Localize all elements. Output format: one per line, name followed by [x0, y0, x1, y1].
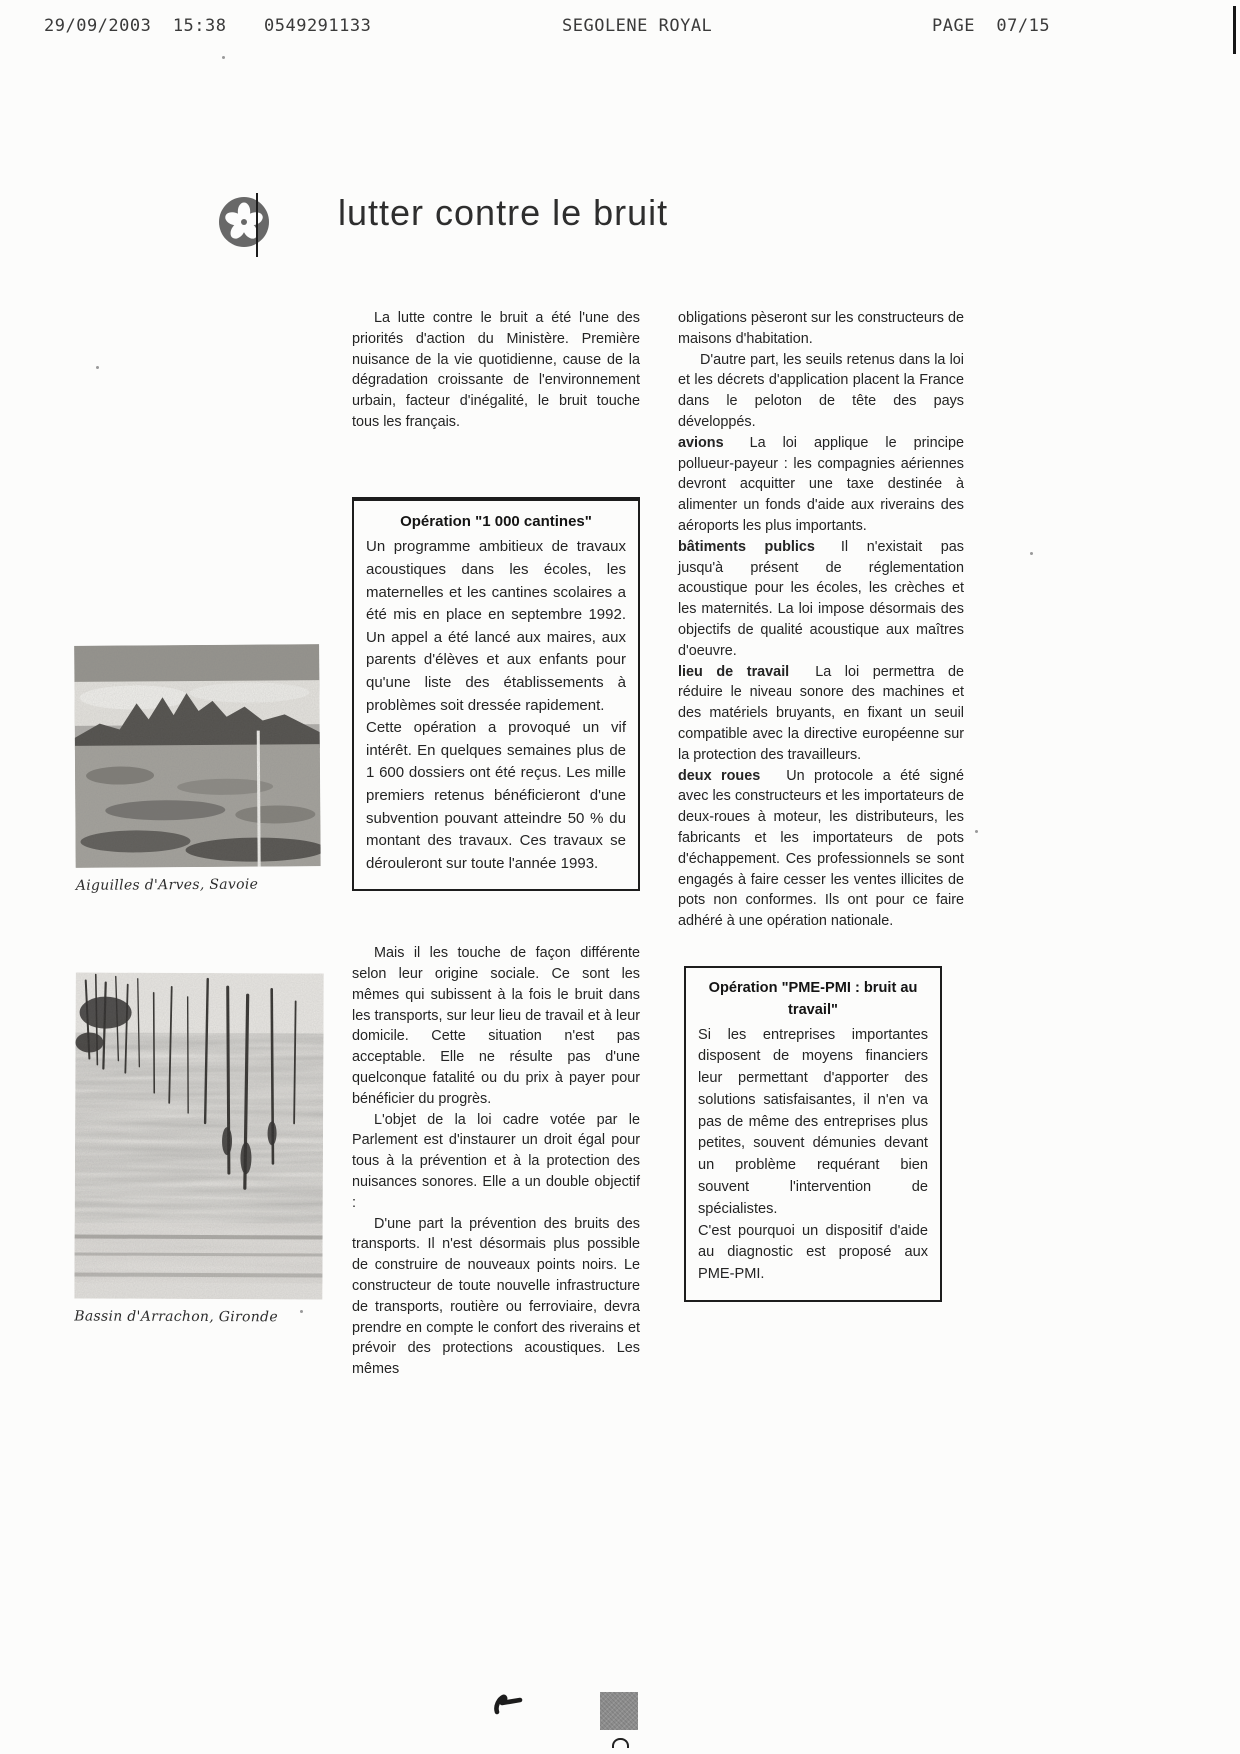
fax-page-counter: PAGE 07/15	[932, 16, 1050, 36]
fax-datetime: 29/09/2003 15:38	[44, 16, 227, 36]
section-text: Un protocole a été signé avec les constr…	[678, 768, 964, 930]
section-heading: lieu de travail	[678, 664, 815, 680]
scan-speckle	[300, 1310, 303, 1313]
flower-logo-icon	[218, 196, 270, 248]
scan-speckle	[1030, 552, 1033, 555]
page-title: lutter contre le bruit	[338, 192, 668, 234]
water-photo-image	[74, 972, 323, 1299]
scan-speckle	[975, 830, 978, 833]
fax-sender: SEGOLENE ROYAL	[562, 16, 712, 36]
body-paragraph: D'autre part, les seuils retenus dans la…	[678, 350, 964, 433]
pme-paragraph: C'est pourquoi un dispositif d'aide au d…	[698, 1221, 928, 1286]
section-avions: avionsLa loi applique le principe pollue…	[678, 433, 964, 537]
body-paragraph: D'une part la prévention des bruits des …	[352, 1214, 640, 1380]
pme-paragraph: Si les entreprises importantes disposent…	[698, 1025, 928, 1221]
scan-square-mark	[600, 1692, 638, 1730]
body-paragraph: L'objet de la loi cadre votée par le Par…	[352, 1110, 640, 1214]
scan-speckle	[222, 56, 225, 59]
scan-arc-mark	[612, 1738, 629, 1748]
scan-speckle	[96, 366, 99, 369]
section-heading: deux roues	[678, 768, 786, 784]
photo-water: Bassin d'Arrachon, Gironde	[74, 972, 324, 1325]
column-right: obligations pèseront sur les constructeu…	[678, 308, 964, 1302]
intro-paragraph: La lutte contre le bruit a été l'une des…	[352, 308, 640, 433]
section-heading: avions	[678, 435, 750, 451]
photo-caption-mountains: Aiguilles d'Arves, Savoie	[76, 876, 321, 894]
mountain-photo-image	[74, 644, 321, 868]
fax-number: 0549291133	[264, 16, 371, 36]
cantines-box-title: Opération "1 000 cantines"	[366, 511, 626, 534]
section-deux-roues: deux rouesUn protocole a été signé avec …	[678, 766, 964, 932]
photo-mountains: Aiguilles d'Arves, Savoie	[74, 644, 321, 894]
logo-rule-line	[256, 193, 258, 257]
body-paragraph: obligations pèseront sur les constructeu…	[678, 308, 964, 350]
photo-caption-water: Bassin d'Arrachon, Gironde	[74, 1308, 322, 1325]
column-main: La lutte contre le bruit a été l'une des…	[352, 308, 640, 1380]
scan-edge-mark	[1233, 6, 1236, 54]
section-lieu-de-travail: lieu de travailLa loi permettra de rédui…	[678, 662, 964, 766]
cantines-paragraph: Cette opération a provoqué un vif intérê…	[366, 717, 626, 875]
cantines-box: Opération "1 000 cantines" Un programme …	[352, 497, 640, 892]
section-batiments-publics: bâtiments publicsIl n'existait pas jusqu…	[678, 537, 964, 662]
body-paragraph: Mais il les touche de façon différente s…	[352, 943, 640, 1109]
cantines-paragraph: Un programme ambitieux de travaux acoust…	[366, 536, 626, 717]
fax-page: 29/09/2003 15:38 0549291133 SEGOLENE ROY…	[0, 0, 1240, 1754]
section-heading: bâtiments publics	[678, 539, 841, 555]
pme-pmi-box: Opération "PME-PMI : bruit au travail" S…	[684, 966, 942, 1302]
pme-box-title: Opération "PME-PMI : bruit au travail"	[698, 978, 928, 1022]
ink-mark-icon	[492, 1688, 524, 1721]
section-text: Il n'existait pas jusqu'à présent de rég…	[678, 539, 964, 659]
